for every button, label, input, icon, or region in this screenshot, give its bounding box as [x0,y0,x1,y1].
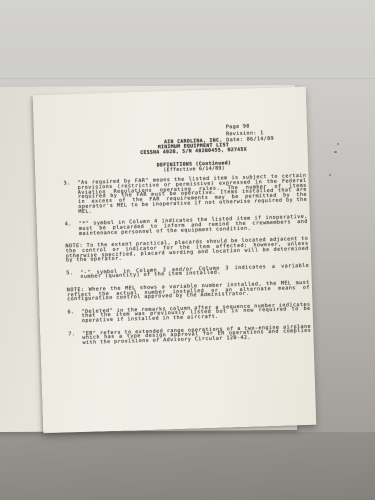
item-number: 5. [66,271,76,281]
item-number: 7. [68,332,78,347]
definition-item: 4. "*" symbol in Column 4 indicates the … [65,215,308,237]
item-text: "As required by FAR" means the listed it… [77,174,307,215]
document-heading: AIR CAROLINA, INC. MINIMUM EQUIPMENT LIS… [92,136,294,158]
definition-item: 5. "-" symbol in Column 2 and/or Column … [66,263,309,280]
dust-speck [334,151,337,153]
item-text: "Deleted" in the remarks column after a … [82,302,311,324]
definition-item: 3. "As required by FAR" means the listed… [63,174,307,215]
desk-shadow [0,432,375,500]
dust-speck [337,143,339,145]
item-text: "ER" refers to extended range operations… [82,324,311,346]
definition-item: 7. "ER" refers to extended range operati… [68,324,311,346]
photo-of-document: { "scene": { "description_colors": { "de… [0,0,375,500]
item-text: "*" symbol in Column 4 indicates the lis… [79,215,308,237]
item-text: "-" symbol in Column 2 and/or Column 3 i… [80,263,309,280]
note-paragraph: NOTE: Where the MEL shows a variable num… [67,281,310,303]
background-surface-edge [0,76,375,79]
definition-item: 6. "Deleted" in the remarks column after… [68,302,311,324]
note-paragraph: NOTE: To the extent practical, placards … [65,237,308,264]
document-page: Page 90 Revision: 1 Date: 06/14/89 AIR C… [33,87,316,433]
item-number: 6. [68,310,78,325]
item-number: 4. [65,222,75,237]
definitions-list: 3. "As required by FAR" means the listed… [63,174,311,346]
dust-speck [329,174,331,176]
item-number: 3. [63,181,74,215]
